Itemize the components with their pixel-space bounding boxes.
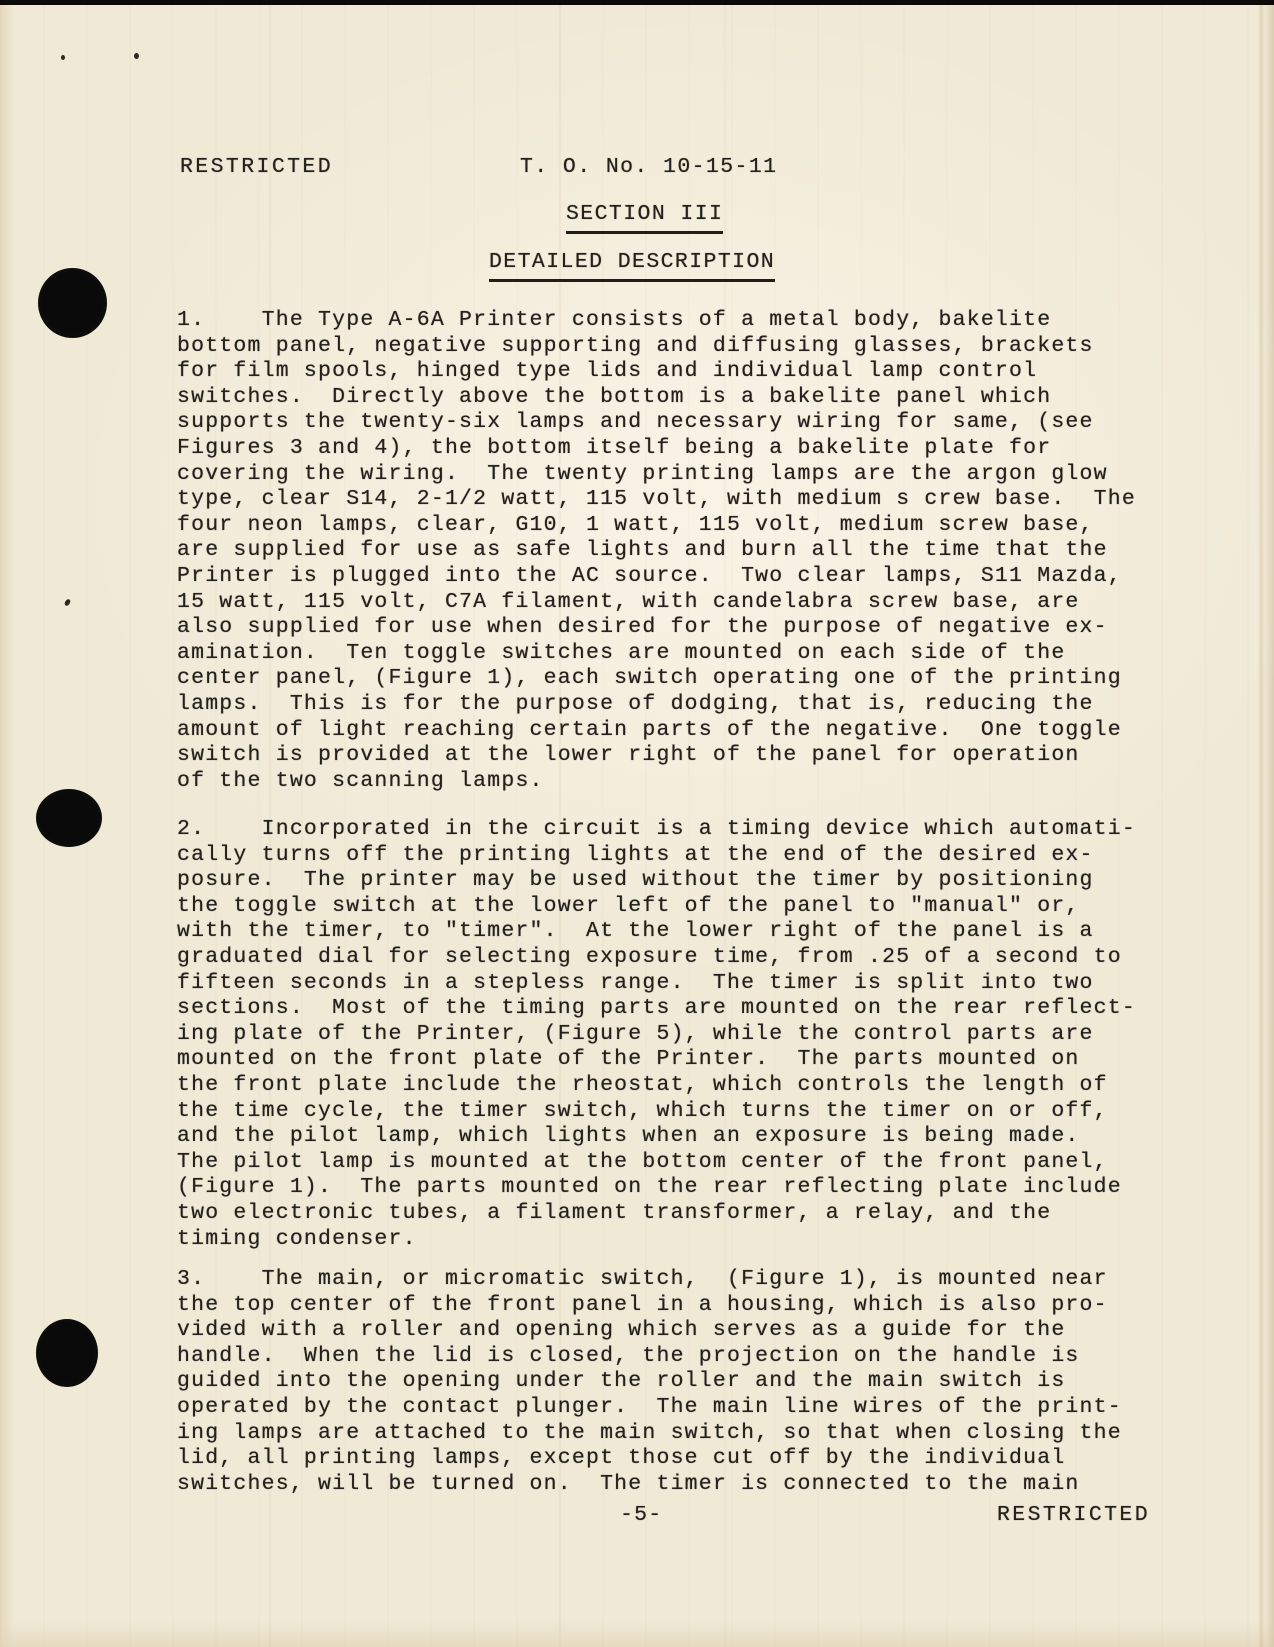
section-heading: SECTION III	[566, 202, 723, 234]
subsection-heading: DETAILED DESCRIPTION	[489, 250, 775, 282]
hole-punch-top	[38, 268, 107, 338]
ink-speck	[61, 55, 65, 60]
page-number: -5-	[620, 1503, 662, 1529]
paragraph-1: 1. The Type A-6A Printer consists of a m…	[177, 308, 1136, 794]
paragraph-2: 2. Incorporated in the circuit is a timi…	[177, 817, 1136, 1252]
hole-punch-middle	[36, 789, 102, 847]
scan-edge-artifact	[0, 0, 1274, 5]
header-classification-label: RESTRICTED	[180, 155, 333, 181]
ink-speck	[134, 53, 139, 59]
footer-classification-label: RESTRICTED	[997, 1503, 1150, 1529]
scanned-document-page: RESTRICTED T. O. No. 10-15-11 SECTION II…	[0, 0, 1274, 1647]
technical-order-number: T. O. No. 10-15-11	[520, 155, 777, 181]
hole-punch-bottom	[36, 1319, 98, 1387]
ink-speck	[64, 598, 71, 606]
paragraph-3: 3. The main, or micromatic switch, (Figu…	[177, 1267, 1122, 1497]
